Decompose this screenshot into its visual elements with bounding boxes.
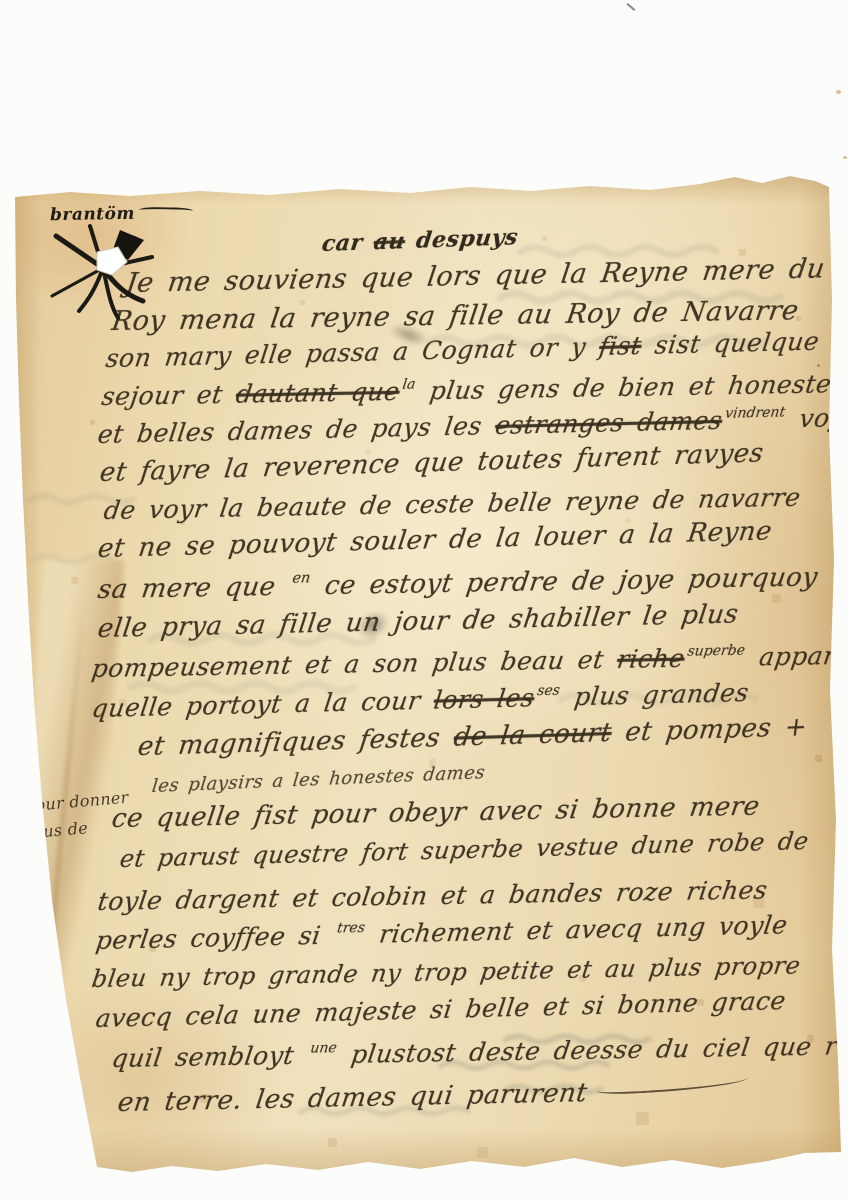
handwriting-text: et pompes + [610,712,810,748]
struck-text: de la court [452,718,614,753]
struck-text: riche [615,644,686,674]
struck-text: lors les [432,683,536,715]
manuscript-line: et magnifiques festes de la court et pom… [136,712,809,762]
handwriting-text: et magnifiques festes [136,723,456,763]
interline-insertion: superbe [686,642,746,659]
paper-speck [836,90,841,94]
interline-insertion: vindrent [724,404,786,421]
struck-text: fist [597,331,643,361]
scanner-mark [627,3,636,11]
interline-insertion: une [309,1040,338,1057]
paper-speck [843,156,847,159]
handwriting-text: et ne se pouvoyt souler de la louer a la… [96,516,774,564]
handwriting-text: ce estoyt perdre de joye pourquoy [309,562,820,601]
handwriting-text: apparat [744,641,849,672]
manuscript-lines: car au despuysJe me souviens que lors qu… [0,0,849,1200]
handwriting-text: sejour et [100,380,238,411]
handwriting-text: sa mere que [96,572,291,605]
handwriting-text: plus gens de bien et honestes [414,369,846,406]
struck-text: dautant que [234,377,402,409]
manuscript-line: en terre. les dames qui parurent [116,1075,749,1118]
handwriting-text: son mary elle passa a Cognat or y [104,332,601,373]
pen-flourish [139,207,193,216]
handwriting-text: plus grandes [559,678,751,712]
interline-insertion: en [291,570,311,587]
handwriting-text: toyle dargent et colobin et a bandes roz… [96,875,769,916]
manuscript-line: ce quelle fist pour obeyr avec si bonne … [110,792,762,835]
manuscript-line: car au despuys [320,224,519,257]
margin-note: pour donner plus de [24,784,132,847]
handwriting-text: bleu ny trop grande ny trop petite et au… [90,951,802,993]
handwriting-text: plustost deste deesse du ciel que reyne [336,1030,849,1069]
manuscript-line: et ne se pouvoyt souler de la louer a la… [96,516,774,564]
handwriting-text: pompeusement et a son plus beau et [90,645,619,683]
manuscript-line: bleu ny trop grande ny trop petite et au… [90,951,802,993]
manuscript-line: avecq cela une majeste si belle et si bo… [94,986,788,1033]
manuscript-line: toyle dargent et colobin et a bandes roz… [96,875,769,916]
handwriting-text: richement et avecq ung voyle [364,910,790,949]
handwriting-text: sist quelque [640,327,822,360]
manuscript-line: Je me souviens que lors que la Reyne mer… [124,253,827,299]
handwriting-text: avecq cela une majeste si belle et si bo… [94,986,788,1033]
handwriting-text: et parust questre fort superbe vestue du… [118,827,810,873]
manuscript-line: les playsirs a les honestes dames [151,762,487,797]
struck-text: au [372,228,406,255]
handwriting-text: les playsirs a les honestes dames [151,762,487,797]
handwriting-text: en terre. les dames qui parurent [116,1078,589,1118]
manuscript-line: elle prya sa fille un jour de shabiller … [96,599,740,644]
handwriting-text: perles coyffee si [94,921,336,956]
manuscript-line: quil sembloyt une plustost deste deesse … [110,1030,849,1073]
handwriting-text: quil sembloyt [110,1041,310,1073]
handwriting-text: car [320,229,375,257]
paper-sheet: car au despuysJe me souviens que lors qu… [0,0,849,1200]
interline-insertion: ses [536,682,561,699]
handwriting-text: elle prya sa fille un jour de shabiller … [96,599,740,644]
handwriting-text: quelle portoyt a la cour [90,686,436,723]
handwriting-text: ce quelle fist pour obeyr avec si bonne … [110,792,762,835]
manuscript-line: et parust questre fort superbe vestue du… [118,827,810,873]
handwriting-text: despuys [404,224,520,254]
interline-insertion: tres [336,920,366,937]
manuscript-line: sa mere que en ce estoyt perdre de joye … [96,562,820,605]
author-annotation: brantöm [50,203,193,225]
interline-insertion: la [401,376,416,392]
manuscript-line: pompeusement et a son plus beau et riche… [90,641,849,684]
handwriting-text: Je me souviens que lors que la Reyne mer… [124,253,827,299]
handwriting-text: voyr [784,403,849,434]
foxing-spots [0,0,1,1]
handwriting-text: et belles dames de pays les [96,411,497,449]
struck-text: estranges dames [493,406,724,440]
author-annotation-label: brantöm [50,204,135,225]
manuscript-line: perles coyffee si tres richement et avec… [94,910,790,955]
pen-flourish [597,1073,749,1095]
